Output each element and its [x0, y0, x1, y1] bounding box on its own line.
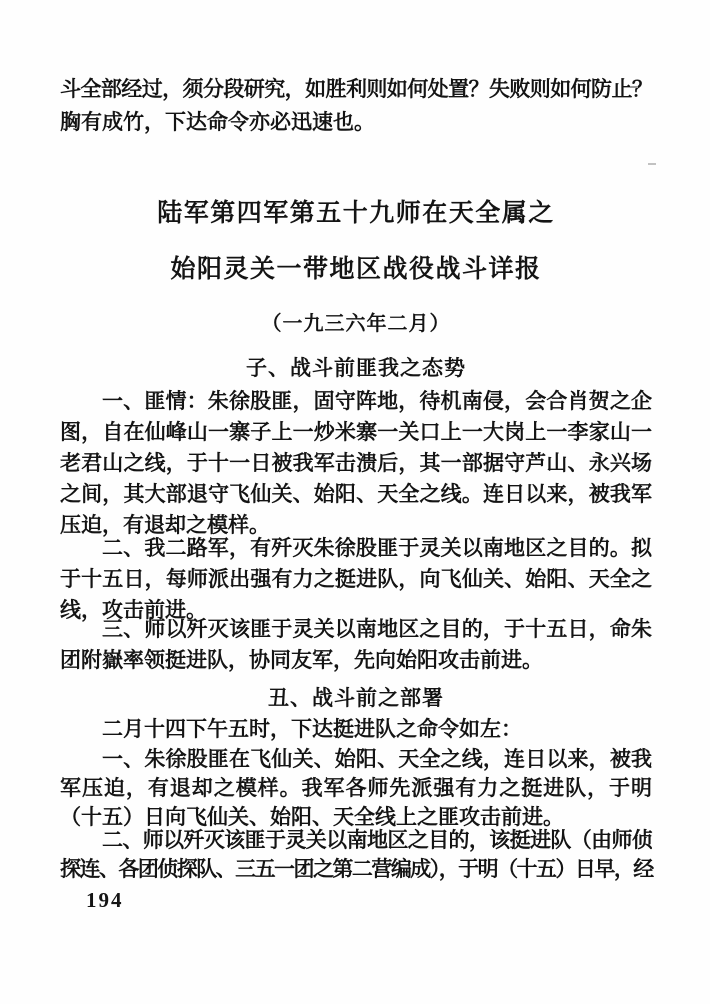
text-line: 胸有成竹，下达命令亦必迅速也。	[60, 105, 652, 139]
text-line: 三、师以歼灭该匪于灵关以南地区之目的，于十五日，命朱	[60, 614, 652, 645]
section-heading-zi: 子、战斗前匪我之态势	[60, 352, 652, 382]
intro-paragraph: 斗全部经过，须分段研究，如胜利则如何处置？失败则如何防止？ 胸有成竹，下达命令亦…	[60, 74, 652, 139]
paragraph: 三、师以歼灭该匪于灵关以南地区之目的，于十五日，命朱 团附嶽率领挺进队，协同友军…	[60, 614, 652, 676]
text-line: 老君山之线，于十一日被我军击溃后，其一部据守芦山、永兴场	[60, 448, 652, 479]
text-line: 二、师以歼灭该匪于灵关以南地区之目的，该挺进队（由师侦	[60, 826, 652, 855]
paragraph: 一、朱徐股匪在飞仙关、始阳、天全之线，连日以来，被我 军压迫，有退却之模样。我军…	[60, 745, 652, 832]
section-heading-chou: 丑、战斗前之部署	[60, 682, 652, 712]
date-line: （一九三六年二月）	[60, 307, 652, 336]
text-line: 一、朱徐股匪在飞仙关、始阳、天全之线，连日以来，被我	[60, 745, 652, 774]
text-line: 一、匪情：朱徐股匪，固守阵地，待机南侵，会合肖贺之企	[60, 386, 652, 417]
document-title: 陆军第四军第五十九师在天全属之	[60, 193, 652, 229]
text-line: 于十五日，每师派出强有力之挺进队，向飞仙关、始阳、天全之	[60, 564, 652, 595]
scan-artifact	[630, 86, 638, 88]
paragraph: 一、匪情：朱徐股匪，固守阵地，待机南侵，会合肖贺之企 图，自在仙峰山一寨子上一炒…	[60, 386, 652, 541]
paragraph: 二、我二路军，有歼灭朱徐股匪于灵关以南地区之目的。拟 于十五日，每师派出强有力之…	[60, 533, 652, 626]
paragraph: 二、师以歼灭该匪于灵关以南地区之目的，该挺进队（由师侦 探连、各团侦探队、三五一…	[60, 826, 652, 884]
text-line: 斗全部经过，须分段研究，如胜利则如何处置？失败则如何防止？	[60, 74, 652, 105]
text-line: 图，自在仙峰山一寨子上一炒米寨一关口上一大岗上一李家山一	[60, 417, 652, 448]
page-number: 194	[86, 888, 124, 913]
text-line: 探连、各团侦探队、三五一团之第二营编成），于明（十五）日早，经	[60, 855, 652, 884]
text-line: 军压迫，有退却之模样。我军各师先派强有力之挺进队，于明	[60, 774, 652, 803]
text-line: 二月十四下午五时，下达挺进队之命令如左：	[60, 714, 652, 745]
document-page: 斗全部经过，须分段研究，如胜利则如何处置？失败则如何防止？ 胸有成竹，下达命令亦…	[0, 0, 710, 1004]
scan-artifact	[648, 163, 656, 165]
text-line: 二、我二路军，有歼灭朱徐股匪于灵关以南地区之目的。拟	[60, 533, 652, 564]
paragraph: 二月十四下午五时，下达挺进队之命令如左：	[60, 714, 652, 745]
text-line: 团附嶽率领挺进队，协同友军，先向始阳攻击前进。	[60, 645, 652, 676]
document-subtitle: 始阳灵关一带地区战役战斗详报	[60, 249, 652, 285]
text-line: 之间，其大部退守飞仙关、始阳、天全之线。连日以来，被我军	[60, 479, 652, 510]
